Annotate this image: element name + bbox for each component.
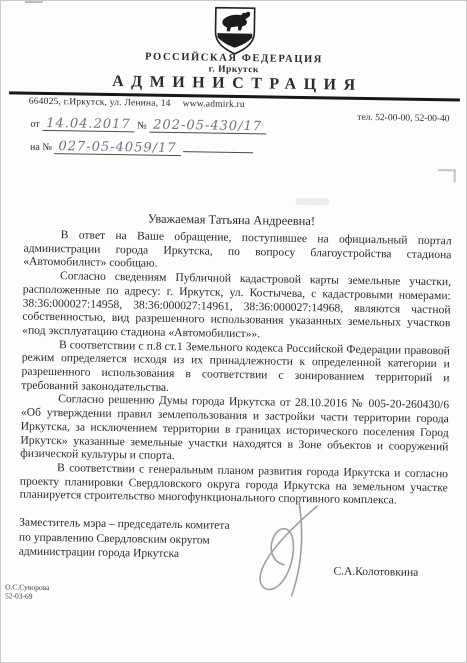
signatory-name: С.А.Колотовкина: [333, 566, 418, 579]
website-label: www.admirk.ru: [183, 99, 245, 110]
postal-address: 664025, г.Иркутск, ул. Ленина, 14: [29, 97, 171, 109]
outgoing-date-label: от: [30, 119, 39, 130]
incoming-ref-line: на № 027-05-4059/17: [30, 138, 253, 158]
address-line: 664025, г.Иркутск, ул. Ленина, 14www.adm…: [29, 97, 245, 110]
executor-phone: 52-03-69: [5, 591, 49, 601]
outgoing-number-value: 202-05-430/17: [149, 120, 266, 135]
executor-block: О.С.Суворова 52-03-69: [5, 582, 50, 601]
signatory-position: Заместитель мэра – председатель комитета…: [19, 516, 250, 563]
body-paragraph-2: Согласно сведениям Публичной кадастровой…: [22, 269, 451, 344]
body-paragraph-4: Согласно решению Думы города Иркутска от…: [20, 392, 449, 467]
incoming-ref-value: 027-05-4059/17: [54, 141, 180, 156]
outgoing-ref-line: от 14.04.2017 № 202-05-430/17: [30, 118, 266, 135]
signature-flourish-icon: [243, 499, 340, 605]
incoming-ref-label: на №: [30, 142, 52, 153]
body-paragraph-1: В ответ на Ваше обращение, поступившее н…: [23, 228, 452, 276]
corner-crop-mark: [438, 169, 456, 182]
body-paragraph-5: В соответствии с генеральным планом разв…: [20, 461, 449, 509]
body-paragraph-3: В соответствии с п.8 ст.1 Земельного код…: [21, 337, 450, 399]
scan-smudge-artifact: [295, 198, 329, 206]
blank-underline: [183, 140, 253, 153]
outgoing-number-label: №: [137, 120, 147, 131]
phone-line: тел. 52-00-00, 52-00-40: [357, 113, 449, 124]
outgoing-date-value: 14.04.2017: [42, 118, 135, 132]
letter-body: В ответ на Ваше обращение, поступившее н…: [20, 228, 452, 509]
signatory-position-line-3: администрации города Иркутска: [19, 545, 249, 563]
scanned-letter-page: РОССИЙСКАЯ ФЕДЕРАЦИЯ г. Иркутск АДМИНИСТ…: [0, 0, 467, 663]
